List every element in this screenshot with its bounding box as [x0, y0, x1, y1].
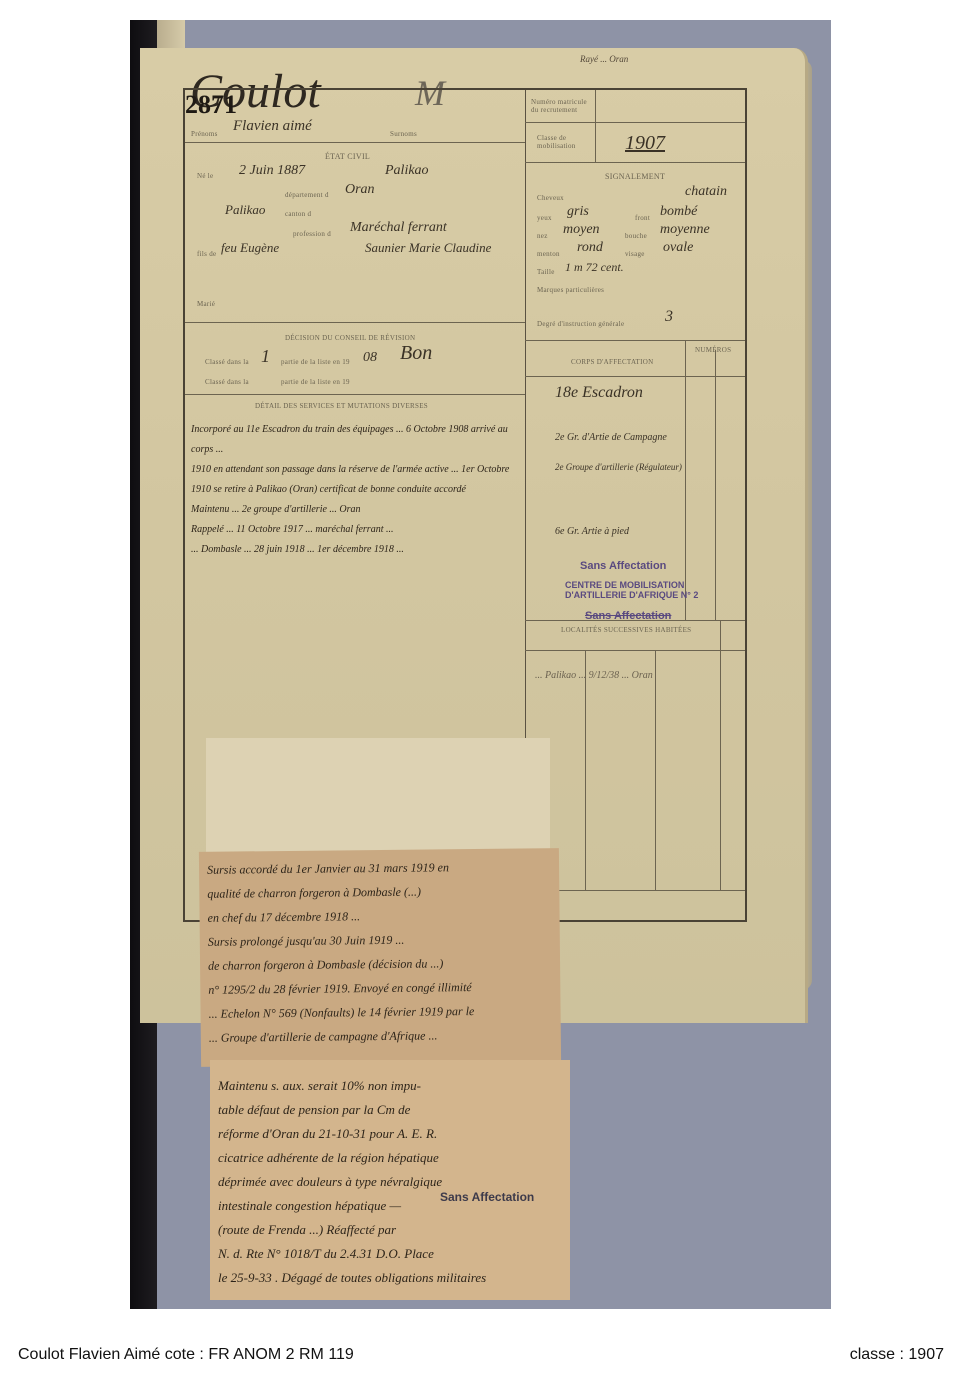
ne-le-label: Né le [197, 172, 213, 180]
classe-dans-label-2: Classé dans la [205, 378, 249, 386]
note-line: Maintenu s. aux. serait 10% non impu- [218, 1074, 486, 1098]
matricule-number: 2871 [185, 90, 745, 120]
birth-place: Palikao [385, 163, 429, 179]
fils-label: fils de [197, 250, 216, 258]
pasted-note-upper: Sursis accordé du 1er Janvier au 31 mars… [199, 848, 561, 1067]
note-line: table défaut de pension par la Cm de [218, 1098, 486, 1122]
nez-value: moyen [563, 222, 600, 238]
pasted-note-lower: Maintenu s. aux. serait 10% non impu- ta… [210, 1060, 570, 1300]
matricule-label: Numéro matricule du recrutement [531, 98, 591, 114]
taille-value: 1 m 72 cent. [565, 260, 624, 275]
surnoms-label: Surnoms [390, 130, 417, 138]
sourcils-value: chatain [685, 184, 727, 200]
yeux-value: gris [567, 204, 589, 220]
note-line: réforme d'Oran du 21-10-31 pour A. E. R. [218, 1122, 486, 1146]
note-lines: Maintenu s. aux. serait 10% non impu- ta… [218, 1074, 486, 1290]
caption-right: classe : 1907 [850, 1346, 944, 1364]
visage-value: ovale [663, 240, 693, 256]
classe-value: 1907 [625, 132, 665, 155]
corps-entry: 2e Gr. d'Artie de Campagne [555, 432, 667, 443]
decision-title: DÉCISION DU CONSEIL DE RÉVISION [285, 334, 415, 342]
note-line: Sursis prolongé jusqu'au 30 Juin 1919 ..… [208, 927, 474, 954]
marques-label: Marques particulières [537, 286, 604, 294]
note-line: le 25-9-33 . Dégagé de toutes obligation… [218, 1266, 486, 1290]
prenoms-value: Flavien aimé [233, 118, 312, 135]
profession-label: profession d [293, 230, 331, 238]
corps-entry: 2e Groupe d'artillerie (Régulateur) [555, 462, 682, 472]
cheveux-label: Cheveux [537, 194, 564, 202]
service-entry: 1910 en attendant son passage dans la ré… [191, 460, 521, 500]
note-line: (route de Frenda ...) Réaffecté par [218, 1218, 486, 1242]
classe-dans-label: Classé dans la [205, 358, 249, 366]
stamp-sans-affectation-lower: Sans Affectation [440, 1190, 534, 1204]
partie-label-2: partie de la liste en 19 [281, 378, 350, 386]
numeros-label: NUMÉROS [695, 346, 731, 354]
note-line: Sursis accordé du 1er Janvier au 31 mars… [207, 855, 473, 882]
document-scan: Coulot M Rayé ... Oran Prénoms Flavien a… [130, 20, 831, 1309]
departement-label: département d [285, 191, 329, 199]
visage-label: visage [625, 250, 645, 258]
service-entry: Rappelé ... 11 Octobre 1917 ... maréchal… [191, 520, 521, 540]
ne-le-value: 2 Juin 1887 [239, 163, 305, 179]
taille-label: Taille [537, 268, 555, 276]
corps-entry: 18e Escadron [555, 384, 643, 402]
front-label: front [635, 214, 650, 222]
note-line: cicatrice adhérente de la région hépatiq… [218, 1146, 486, 1170]
front-value: bombé [660, 204, 697, 220]
departement-value: Oran [345, 182, 375, 198]
signalement-title: SIGNALEMENT [605, 172, 665, 181]
bouche-value: moyenne [660, 222, 710, 238]
menton-value: rond [577, 240, 603, 256]
bouche-label: bouche [625, 232, 647, 240]
note-line: ... Groupe d'artillerie de campagne d'Af… [209, 1023, 475, 1050]
service-entry: Maintenu ... 2e groupe d'artillerie ... … [191, 500, 521, 520]
stamp-sans-affectation: Sans Affectation [580, 560, 666, 572]
partie-label: partie de la liste en 19 [281, 358, 350, 366]
service-entry: ... Dombasle ... 28 juin 1918 ... 1er dé… [191, 540, 521, 560]
note-lines: Sursis accordé du 1er Janvier au 31 mars… [207, 855, 475, 1050]
localites-title: LOCALITÉS SUCCESSIVES HABITÉES [561, 626, 691, 634]
degre-value: 3 [665, 308, 673, 326]
nez-label: nez [537, 232, 548, 240]
marie-label: Marié [197, 300, 215, 308]
note-line: n° 1295/2 du 28 février 1919. Envoyé en … [208, 975, 474, 1002]
prenoms-label: Prénoms [191, 130, 218, 138]
residence-value: Palikao [225, 202, 265, 218]
corps-title: CORPS D'AFFECTATION [571, 358, 653, 366]
caption-left: Coulot Flavien Aimé cote : FR ANOM 2 RM … [18, 1346, 354, 1364]
services-title: DÉTAIL DES SERVICES ET MUTATIONS DIVERSE… [255, 402, 428, 410]
localites-entry: ... Palikao ... 9/12/38 ... Oran [535, 670, 653, 681]
classe-dans-value: 1 [261, 346, 270, 367]
service-entry: Incorporé au 11e Escadron du train des é… [191, 420, 521, 460]
note-line: qualité de charron forgeron à Dombasle (… [207, 879, 473, 906]
top-annotation: Rayé ... Oran [580, 54, 628, 64]
canton-label: canton d [285, 210, 311, 218]
stamp-centre-mobilisation: CENTRE DE MOBILISATION D'ARTILLERIE D'AF… [565, 580, 715, 600]
note-line: ... Echelon N° 569 (Nonfaults) le 14 fév… [208, 999, 474, 1026]
etat-civil-title: ÉTAT CIVIL [325, 152, 370, 161]
note-line: en chef du 17 décembre 1918 ... [207, 903, 473, 930]
classe-label: Classe de mobilisation [537, 134, 593, 150]
note-line: N. d. Rte N° 1018/T du 2.4.31 D.O. Place [218, 1242, 486, 1266]
note-line: de charron forgeron à Dombasle (décision… [208, 951, 474, 978]
corps-entry: 6e Gr. Artie à pied [555, 526, 629, 537]
yeux-label: yeux [537, 214, 552, 222]
menton-label: menton [537, 250, 560, 258]
father-value: feu Eugène [221, 240, 279, 256]
services-entries: Incorporé au 11e Escadron du train des é… [191, 420, 521, 560]
mother-value: Saunier Marie Claudine [365, 240, 491, 256]
degre-label: Degré d'instruction générale [537, 320, 624, 328]
profession-value: Maréchal ferrant [350, 220, 447, 236]
annee-value: 08 [363, 350, 377, 366]
verdict: Bon [400, 342, 432, 365]
